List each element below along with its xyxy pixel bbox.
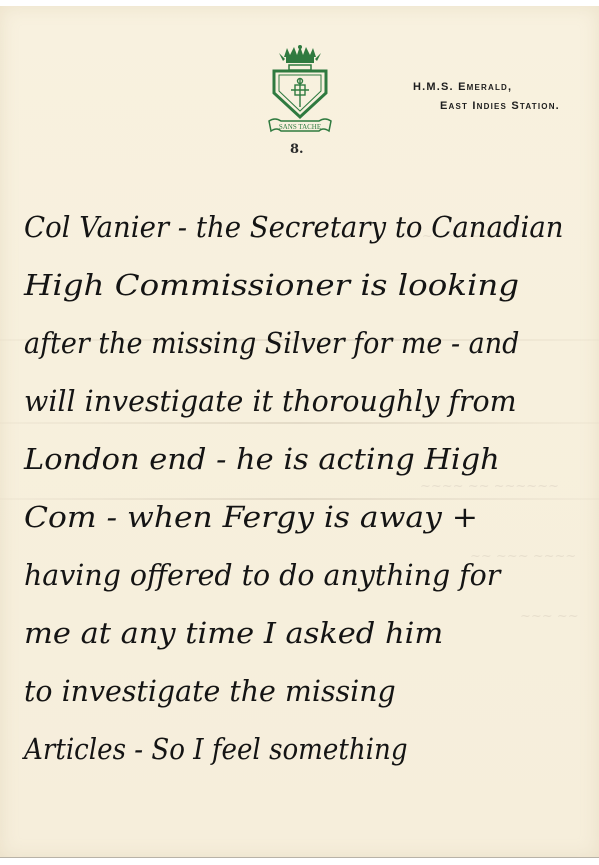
letter-line: Com - when Fergy is away + <box>24 488 599 546</box>
letter-line: High Commissioner is looking <box>24 256 599 314</box>
letterhead: H.M.S. Emerald, East Indies Station. <box>405 78 560 116</box>
scan-bottom-edge <box>0 857 599 865</box>
letterhead-station: East Indies Station. <box>405 97 560 116</box>
letterhead-ship-name: H.M.S. Emerald, <box>405 78 560 97</box>
letter-line: to investigate the missing <box>24 662 583 720</box>
letter-line: London end - he is acting High <box>24 430 599 488</box>
handwritten-letter-body: Col Vanier - the Secretary to Canadian H… <box>24 198 594 778</box>
page-number: 8. <box>290 142 304 157</box>
ship-crest-icon: SANS TACHE <box>265 45 335 137</box>
letter-line: having offered to do anything for <box>24 546 583 604</box>
letter-line: me at any time I asked him <box>24 604 599 662</box>
letter-line: Col Vanier - the Secretary to Canadian <box>24 198 566 256</box>
letter-line: Articles - So I feel something <box>24 720 537 778</box>
letter-line: after the missing Silver for me - and <box>24 314 554 372</box>
crest-motto: SANS TACHE <box>279 123 321 131</box>
letter-line: will investigate it thoroughly from <box>24 372 583 430</box>
